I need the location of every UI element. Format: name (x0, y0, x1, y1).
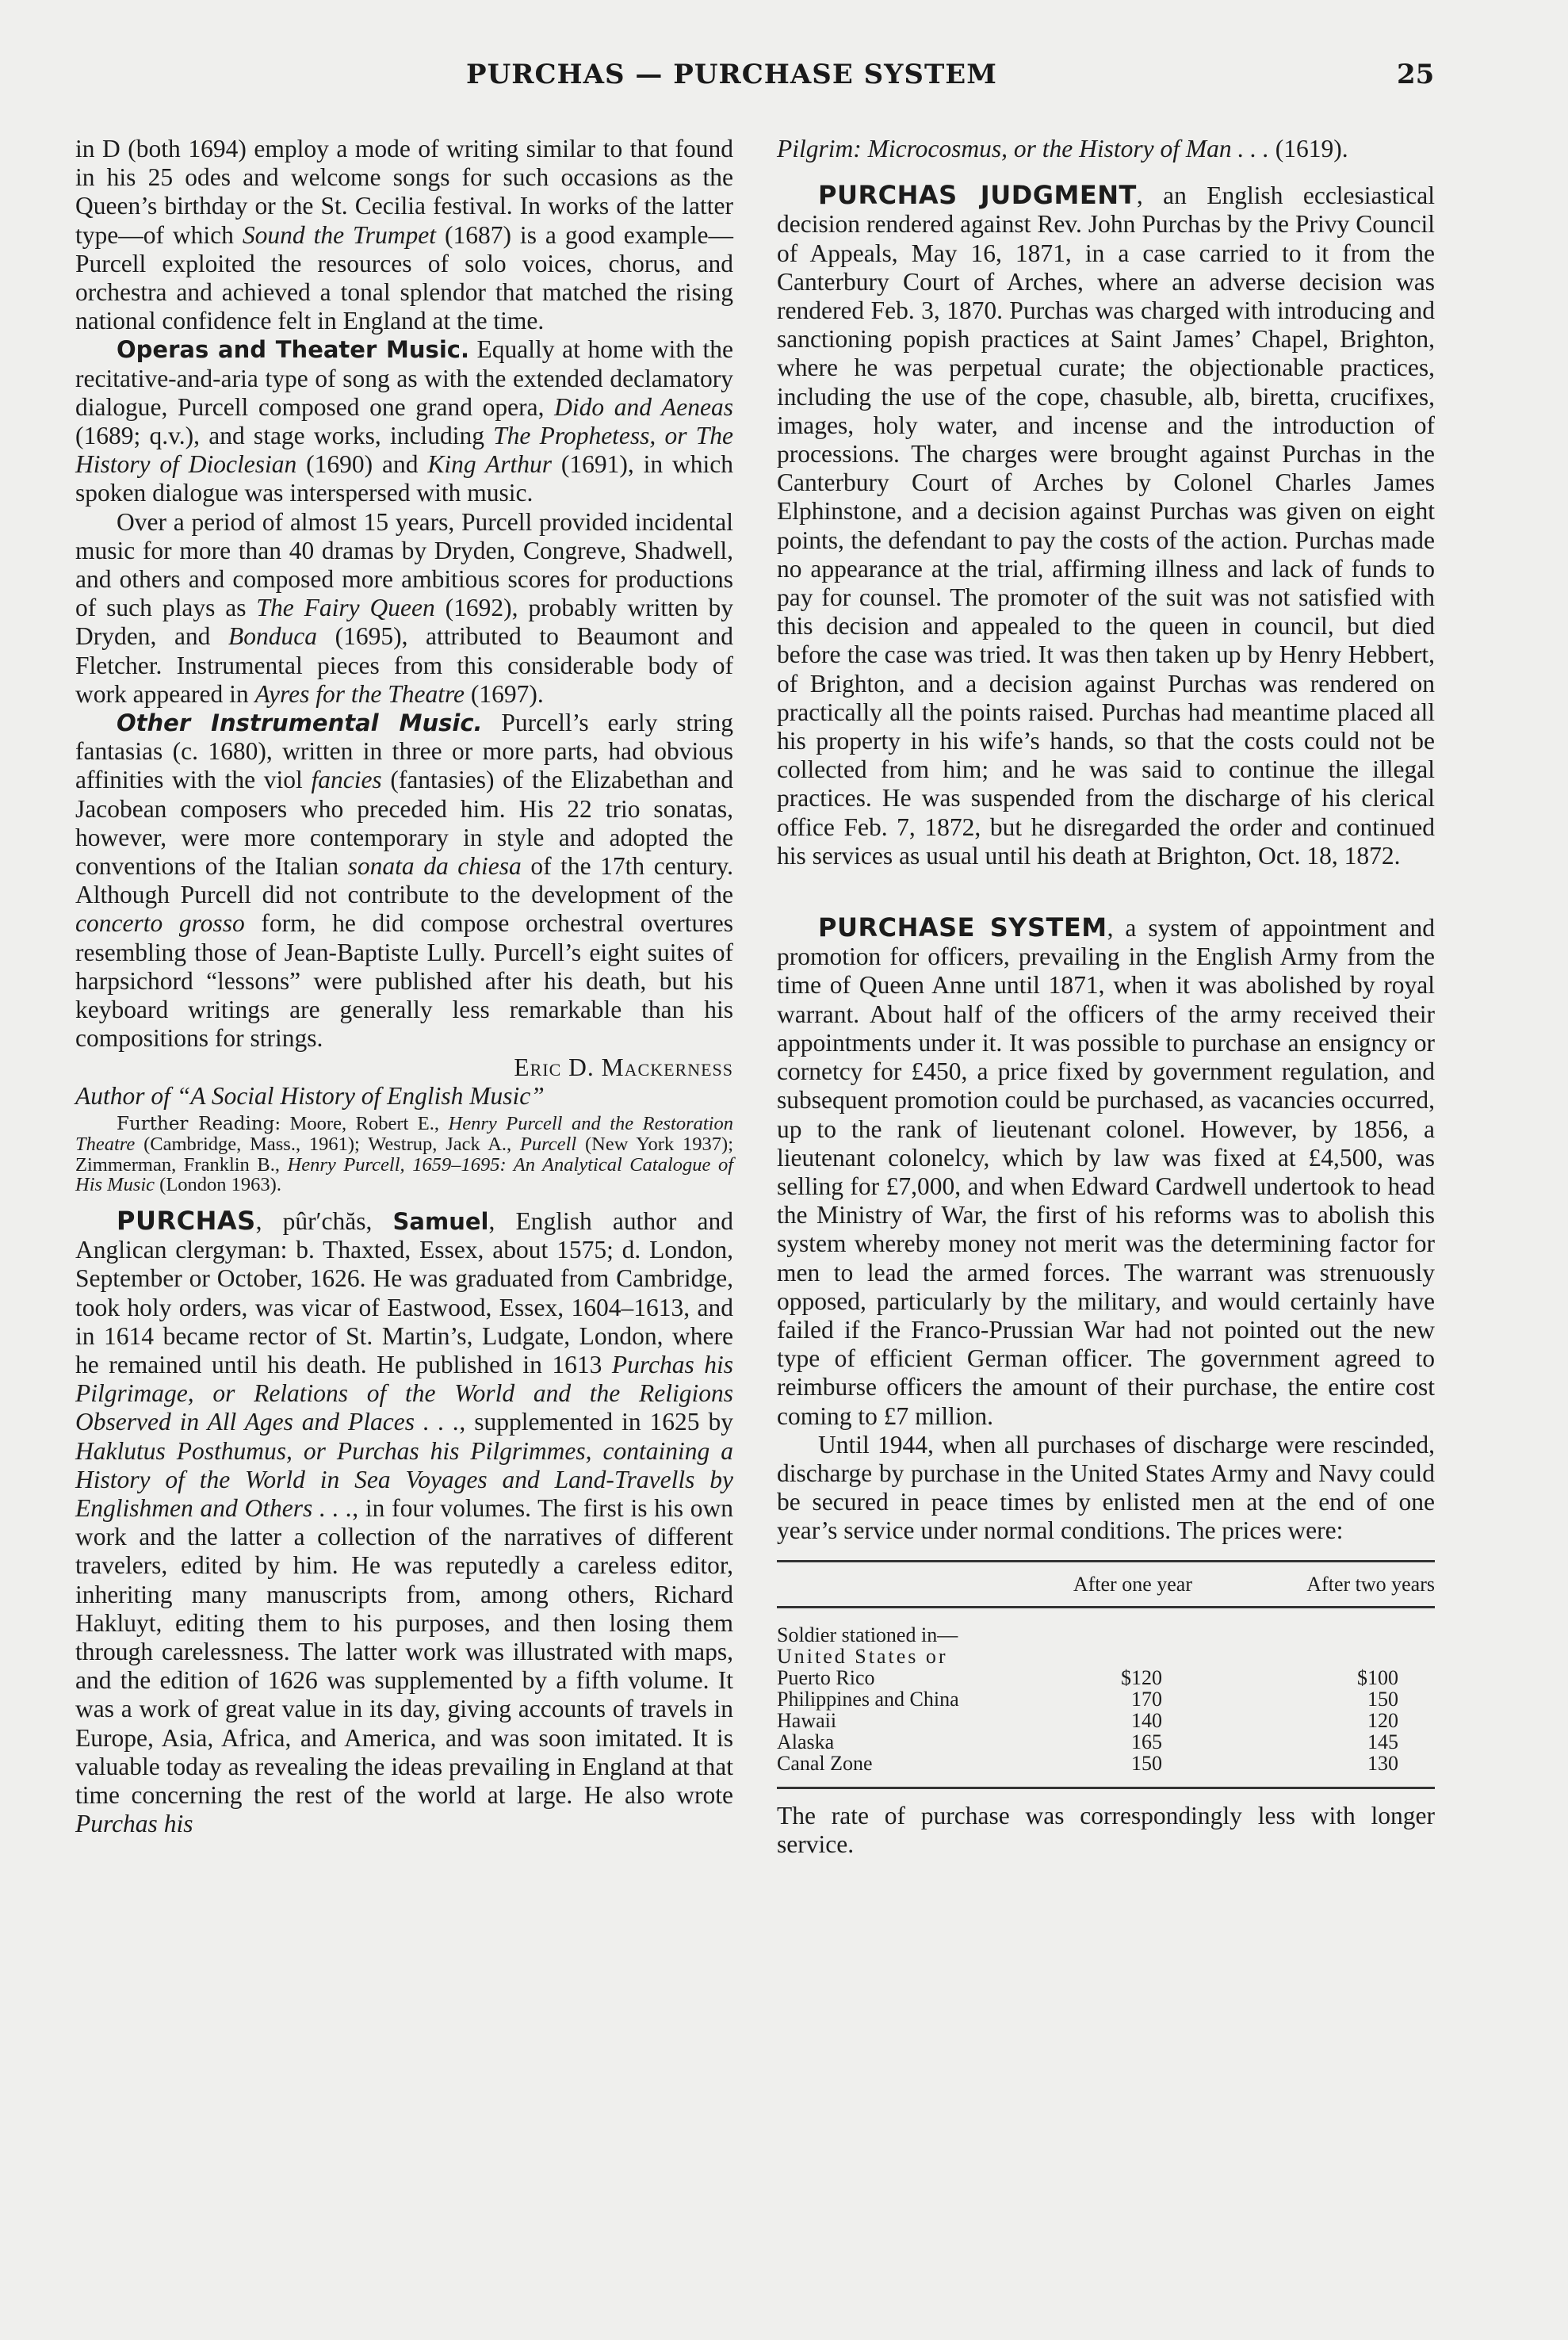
further-reading: Further Reading: Moore, Robert E., Henry… (75, 1114, 733, 1195)
section-operas: Operas and Theater Music. Equally at hom… (75, 335, 733, 507)
row-label: Canal Zone (777, 1753, 1027, 1788)
price-one-year: 140 (1027, 1710, 1224, 1731)
table-row: Puerto Rico $120 $100 (777, 1667, 1435, 1688)
price-two-years: 120 (1224, 1710, 1435, 1731)
price-one-year: 165 (1027, 1731, 1224, 1753)
left-column: in D (both 1694) employ a mode of writin… (75, 135, 733, 1838)
row-label: Hawaii (777, 1710, 1027, 1731)
table-row: Alaska 165 145 (777, 1731, 1435, 1753)
entry-given-name: Samuel (393, 1208, 489, 1235)
discharge-price-table: After one year After two years Soldier s… (777, 1560, 1435, 1789)
entry-headword: PURCHAS JUDGMENT (818, 180, 1137, 210)
table-header-row: After one year After two years (777, 1561, 1435, 1607)
table-row: Canal Zone 150 130 (777, 1753, 1435, 1788)
author-credential: Author of “A Social History of English M… (75, 1082, 733, 1111)
entry-purchas-judgment: PURCHAS JUDGMENT, an English ecclesiasti… (777, 181, 1435, 870)
further-reading-label: Further Reading: (117, 1114, 281, 1134)
row-label: Puerto Rico (777, 1667, 1027, 1688)
price-two-years: 130 (1224, 1753, 1435, 1788)
page-number: 25 (1397, 59, 1434, 90)
article-author: Eric D. Mackerness (75, 1053, 733, 1082)
row-label: United States or (777, 1646, 1435, 1667)
running-head-title: PURCHAS — PURCHASE SYSTEM (466, 59, 997, 90)
right-column: Pilgrim: Microcosmus, or the History of … (777, 135, 1435, 1859)
section-heading: Operas and Theater Music. (117, 336, 469, 363)
column-header: After two years (1224, 1561, 1435, 1607)
price-two-years: 150 (1224, 1688, 1435, 1710)
paragraph-continuation: Pilgrim: Microcosmus, or the History of … (777, 135, 1435, 163)
entry-headword: PURCHASE SYSTEM (818, 912, 1107, 942)
section-instrumental: Other Instrumental Music. Purcell’s earl… (75, 709, 733, 1053)
paragraph-continuation: in D (both 1694) employ a mode of writin… (75, 135, 733, 335)
price-one-year: 150 (1027, 1753, 1224, 1788)
work-title: Sound the Trumpet (243, 221, 436, 249)
entry-purchase-system: PURCHASE SYSTEM, a system of appointment… (777, 913, 1435, 1431)
row-label: Alaska (777, 1731, 1027, 1753)
row-label: Philippines and China (777, 1688, 1027, 1710)
table-row: United States or (777, 1646, 1435, 1667)
column-header: After one year (1027, 1561, 1224, 1607)
pronunciation: , pûr′chăs, (256, 1207, 393, 1235)
table-row: Philippines and China 170 150 (777, 1688, 1435, 1710)
paragraph-incidental-music: Over a period of almost 15 years, Purcel… (75, 508, 733, 709)
paragraph-after-table: The rate of purchase was correspondingly… (777, 1802, 1435, 1859)
price-one-year: $120 (1027, 1667, 1224, 1688)
price-one-year: 170 (1027, 1688, 1224, 1710)
entry-headword: PURCHAS (117, 1206, 256, 1236)
price-two-years: 145 (1224, 1731, 1435, 1753)
paragraph-discharge: Until 1944, when all purchases of discha… (777, 1431, 1435, 1546)
column-header (777, 1561, 1027, 1607)
section-heading: Other Instrumental Music. (117, 709, 483, 736)
price-two-years: $100 (1224, 1667, 1435, 1688)
entry-purchas-samuel: PURCHAS, pûr′chăs, Samuel, English autho… (75, 1206, 733, 1838)
group-label: Soldier stationed in— (777, 1607, 1435, 1646)
table-group-row: Soldier stationed in— (777, 1607, 1435, 1646)
table-row: Hawaii 140 120 (777, 1710, 1435, 1731)
